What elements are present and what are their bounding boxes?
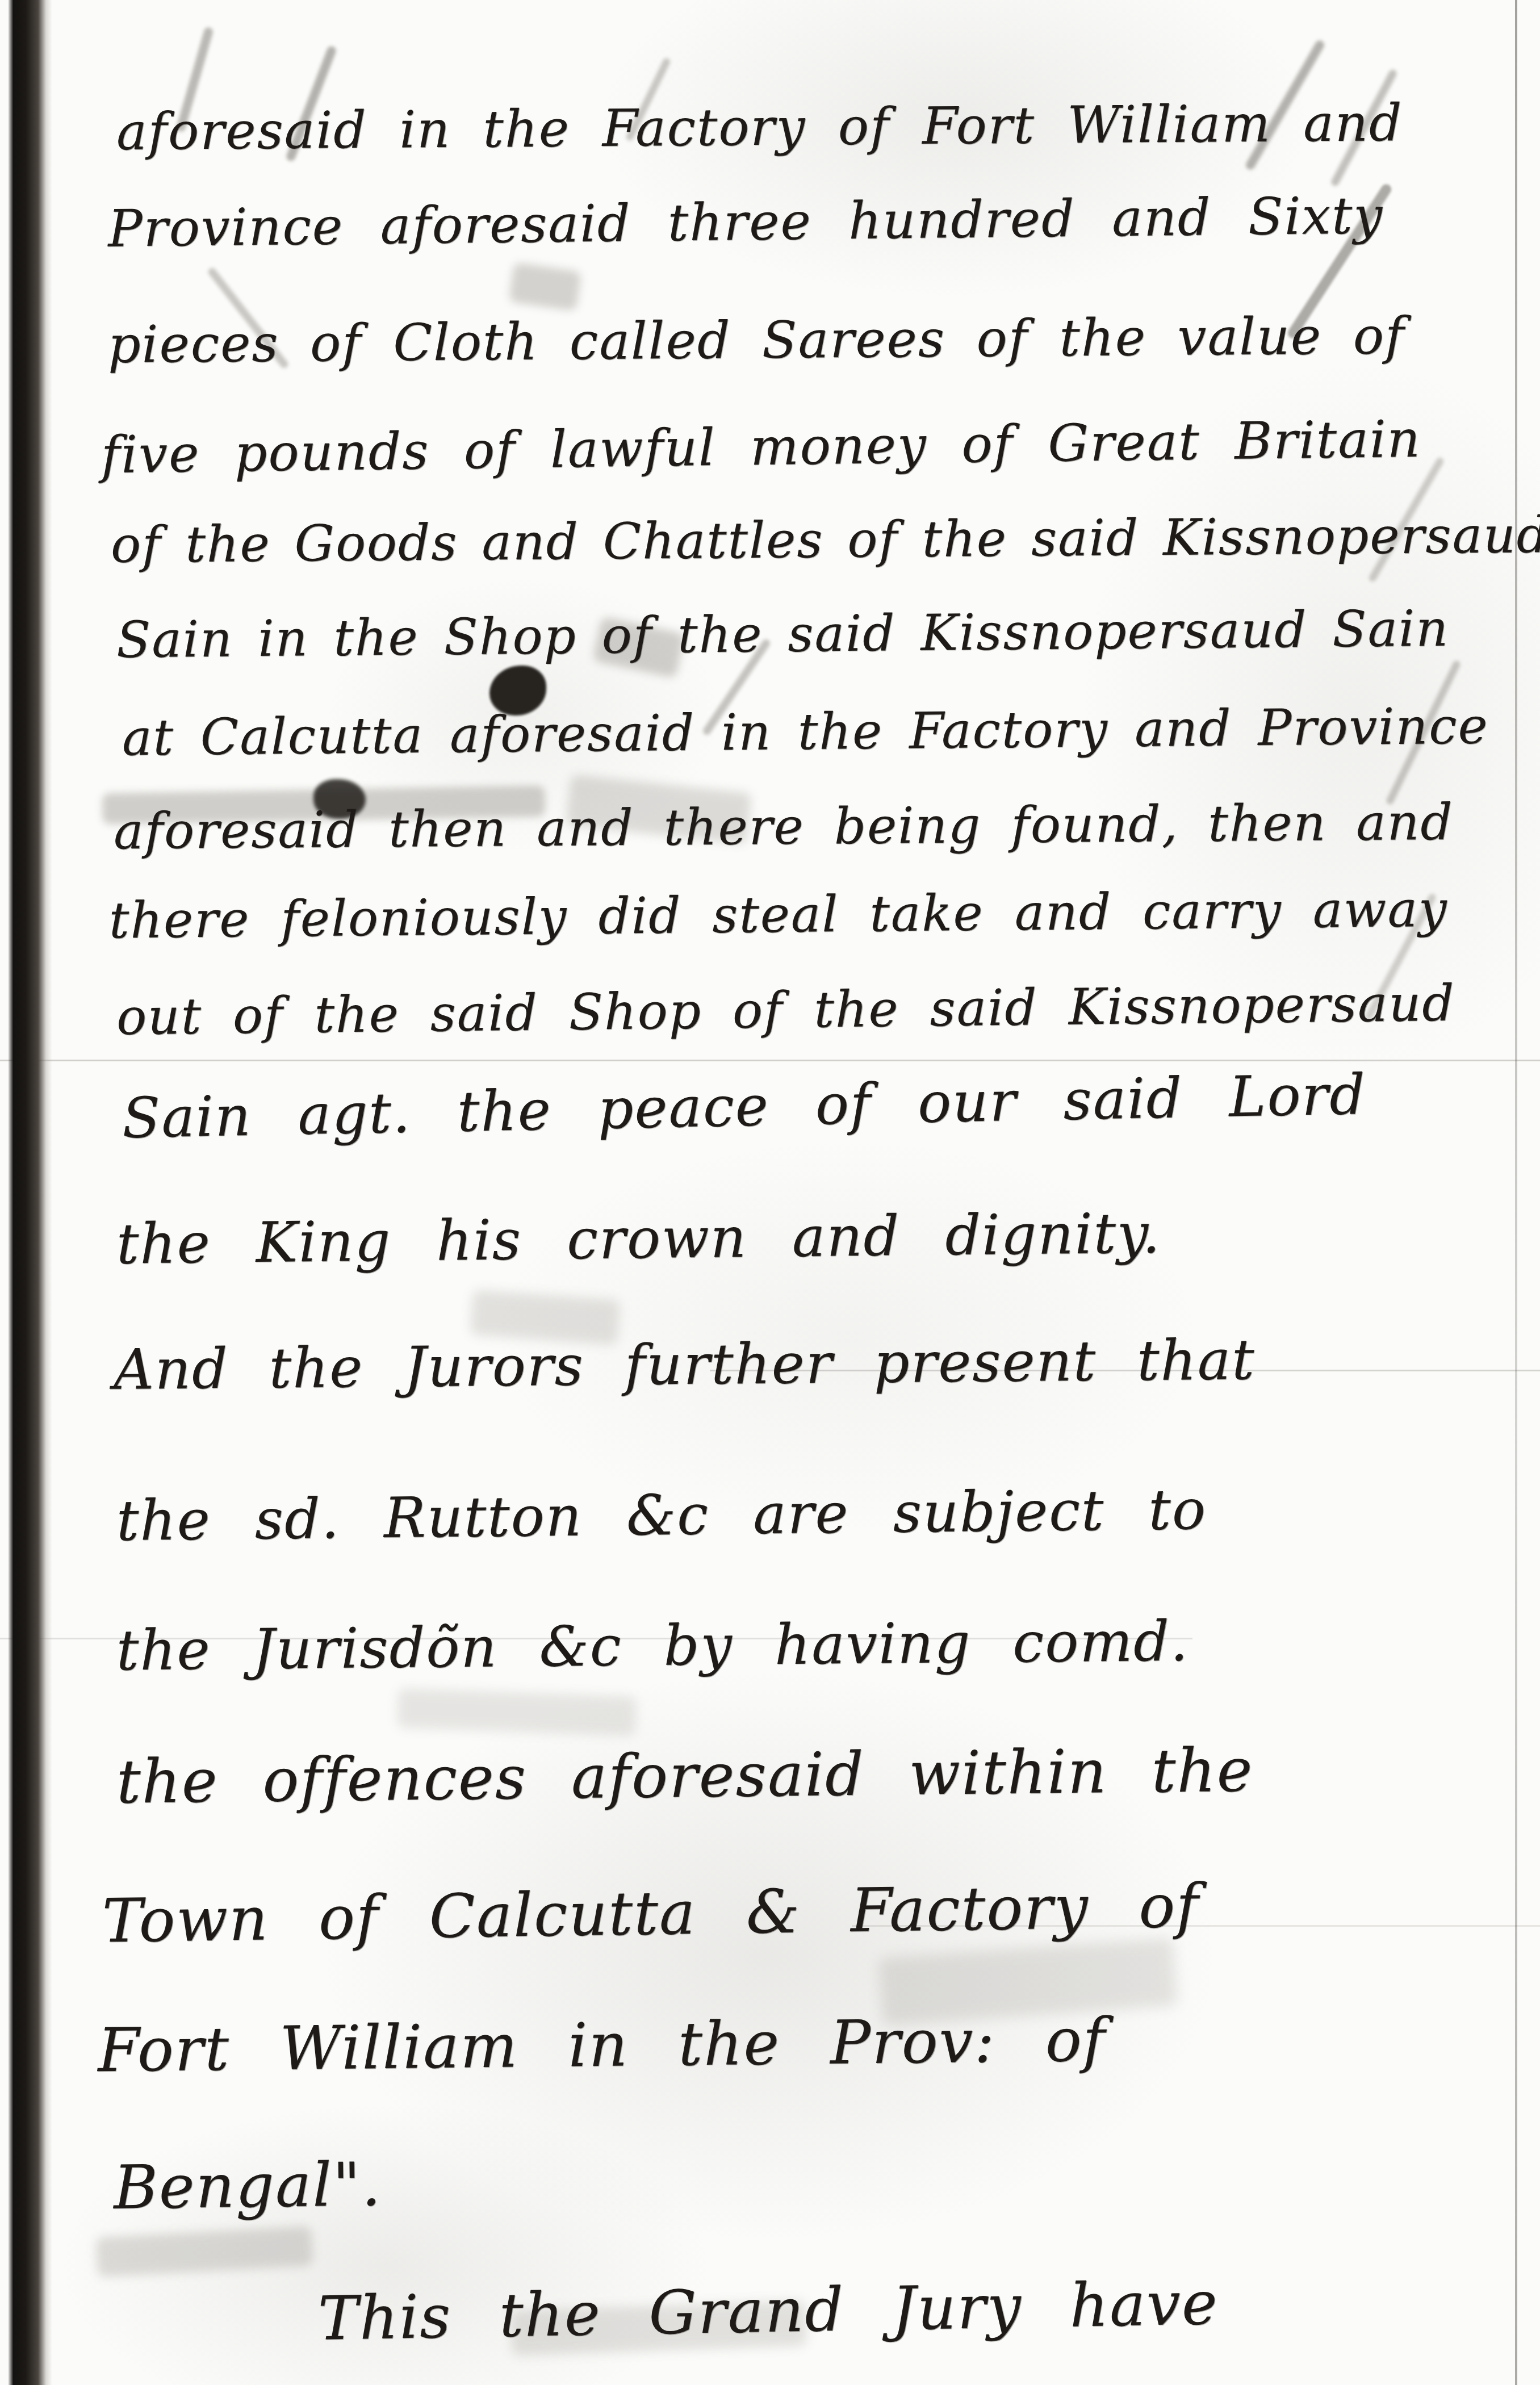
manuscript-line: five pounds of lawful money of Great Bri… <box>101 414 1422 481</box>
manuscript-line: Province aforesaid three hundred and Six… <box>108 190 1384 255</box>
book-spine-shadow <box>8 0 52 2385</box>
manuscript-page: aforesaid in the Factory of Fort William… <box>0 0 1540 2385</box>
manuscript-line: at Calcutta aforesaid in the Factory and… <box>122 701 1489 763</box>
ink-smudge <box>397 1688 637 1737</box>
manuscript-line: the sd. Rutton &c are subject to <box>116 1482 1207 1549</box>
manuscript-line: Town of Calcutta & Factory of <box>102 1876 1200 1952</box>
manuscript-line: Sain agt. the peace of our said Lord <box>122 1067 1366 1147</box>
manuscript-line: Fort William in the Prov: of <box>97 2010 1106 2081</box>
ink-smudge <box>95 2226 313 2277</box>
manuscript-line: aforesaid then and there being found, th… <box>114 797 1454 856</box>
manuscript-line: pieces of Cloth called Sarees of the val… <box>108 311 1405 371</box>
manuscript-line: of the Goods and Chattles of the said Ki… <box>111 510 1540 570</box>
scan-line <box>0 1060 1540 1061</box>
manuscript-line: the offences aforesaid within the <box>116 1740 1253 1813</box>
manuscript-line: aforesaid in the Factory of Fort William… <box>116 98 1403 158</box>
manuscript-line: Sain in the Shop of the said Kissnopersa… <box>116 604 1450 665</box>
ink-smudge <box>509 262 582 311</box>
manuscript-line: out of the said Shop of the said Kissnop… <box>116 978 1455 1043</box>
manuscript-line: And the Jurors further present that <box>114 1332 1256 1398</box>
manuscript-line: This the Grand Jury have <box>317 2273 1219 2349</box>
manuscript-line: there feloniously did steal take and car… <box>109 884 1448 946</box>
manuscript-line: Bengal". <box>113 2154 382 2218</box>
manuscript-line: the Jurisdõn &c by having comd. <box>116 1614 1190 1679</box>
page-edge-line <box>1515 0 1517 2385</box>
manuscript-line: the King his crown and dignity. <box>116 1206 1162 1272</box>
